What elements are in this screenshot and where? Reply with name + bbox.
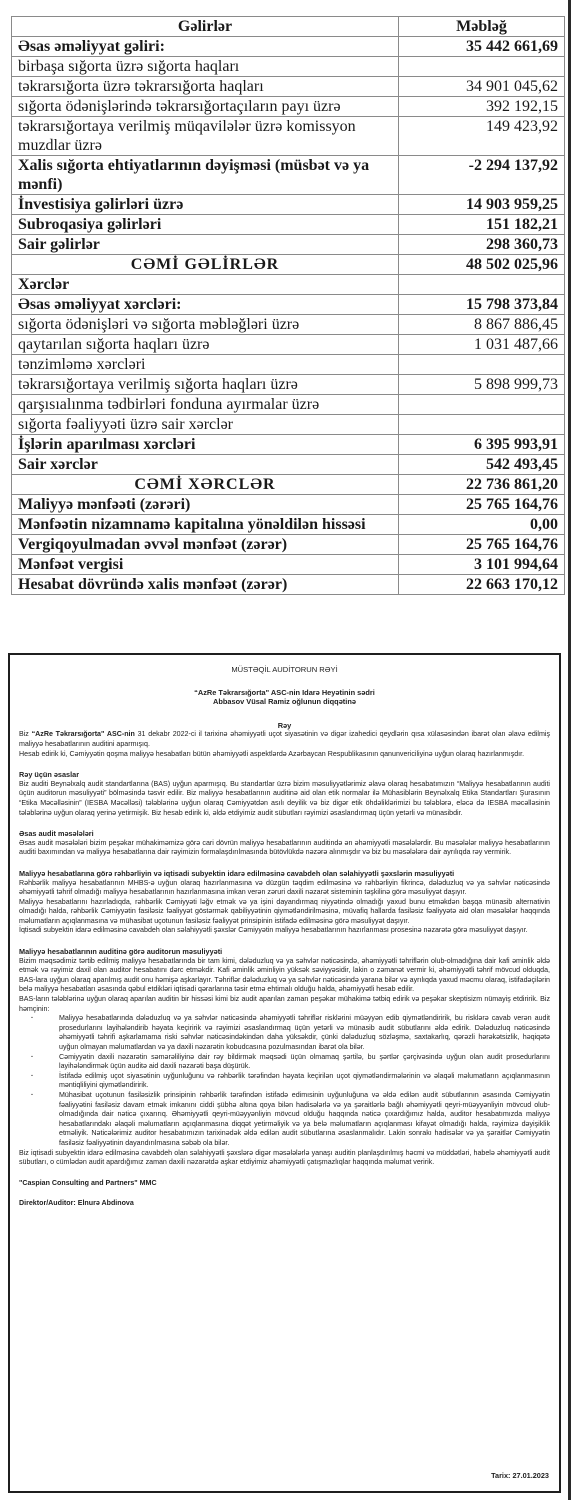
closing-paragraph: Biz iqtisadi subyektin idarə edilməsinə …	[19, 1149, 550, 1168]
table-total-row: CƏMİ GƏLİRLƏR48 502 025,96	[12, 255, 565, 275]
table-row: sığorta ödənişləri və sığorta məbləğləri…	[12, 315, 565, 335]
basis-paragraph: Biz auditi Beynəlxalq audit standartları…	[19, 780, 550, 818]
table-row: Əsas əməliyyat xərcləri:15 798 373,84	[12, 295, 565, 315]
table-total-row: CƏMİ XƏRCLƏR22 736 861,20	[12, 475, 565, 495]
table-header-row: Gəlirlər Məbləğ	[12, 17, 565, 37]
row-amount: 8 867 886,45	[399, 315, 565, 335]
row-label: Əsas əməliyyat xərcləri:	[12, 295, 399, 315]
management-responsibility-heading: Maliyyə hesabatlarına görə rəhbərliyin v…	[19, 869, 550, 879]
row-label: qaytarılan sığorta haqları üzrə	[12, 335, 399, 355]
row-amount	[399, 57, 565, 77]
table-row: Subroqasiya gəlirləri151 182,21	[12, 215, 565, 235]
row-label: təkrarsığortaya verilmiş müqavilələr üzr…	[12, 117, 399, 156]
row-label: Xərclər	[12, 275, 399, 295]
row-label: tənzimləmə xərcləri	[12, 355, 399, 375]
row-amount	[399, 275, 565, 295]
table-row: təkrarsığorta üzrə təkrarsığorta haqları…	[12, 77, 565, 97]
row-label: sığorta ödənişləri və sığorta məbləğləri…	[12, 315, 399, 335]
income-statement-table: Gəlirlər Məbləğ Əsas əməliyyat gəliri:35…	[11, 16, 565, 595]
row-label: sığorta ödənişlərində təkrarsığortaçılar…	[12, 97, 399, 117]
row-amount: 542 493,45	[399, 455, 565, 475]
row-label: Mənfəətin nizamnamə kapitalına yönəldilə…	[12, 515, 399, 535]
list-item: Cəmiyyətin daxili nəzarətin səmərəliliyi…	[59, 1053, 550, 1072]
audit-firm: "Caspian Consulting and Partners" MMC	[19, 1179, 550, 1189]
auditor-report: MÜSTƏQİL AUDİTORUN RƏYİ “AzRe Təkrarsığo…	[8, 653, 561, 1493]
row-amount: 34 901 045,62	[399, 77, 565, 97]
row-amount: -2 294 137,92	[399, 156, 565, 195]
report-title: MÜSTƏQİL AUDİTORUN RƏYİ	[19, 665, 550, 675]
table-row: sığorta ödənişlərində təkrarsığortaçılar…	[12, 97, 565, 117]
auditor-paragraph-2: BAS-ların tələblərinə uyğun olaraq aparı…	[19, 995, 550, 1014]
row-label: Vergiqoyulmadan əvvəl mənfəət (zərər)	[12, 535, 399, 555]
row-amount: 48 502 025,96	[399, 255, 565, 275]
table-row: Maliyyə mənfəəti (zərəri)25 765 164,76	[12, 495, 565, 515]
table-row: Mənfəət vergisi3 101 994,64	[12, 555, 565, 575]
auditor-procedures-list: Maliyyə hesabatlarında dələduzluq və ya …	[19, 1014, 550, 1148]
list-item: Mühasibat uçotunun fasiləsizlik prinsipi…	[59, 1091, 550, 1149]
row-amount: 1 031 487,66	[399, 335, 565, 355]
table-row: Əsas əməliyyat gəliri:35 442 661,69	[12, 37, 565, 57]
row-label: CƏMİ GƏLİRLƏR	[12, 255, 399, 275]
row-amount: 14 903 959,25	[399, 195, 565, 215]
auditor-signature: Direktor/Auditor: Elnurə Abdinova	[19, 1199, 550, 1209]
row-amount: 392 192,15	[399, 97, 565, 117]
table-row: Sair xərclər542 493,45	[12, 455, 565, 475]
list-item: İstifadə edilmiş uçot siyasətinin uyğunl…	[59, 1072, 550, 1091]
row-label: sığorta fəaliyyəti üzrə sair xərclər	[12, 415, 399, 435]
company-name: “AzRe Təkrarsığorta" ASC-nin	[32, 730, 135, 738]
row-label: təkrarsığortaya verilmiş sığorta haqları…	[12, 375, 399, 395]
row-amount: 22 736 861,20	[399, 475, 565, 495]
row-label: təkrarsığorta üzrə təkrarsığorta haqları	[12, 77, 399, 97]
table-row: sığorta fəaliyyəti üzrə sair xərclər	[12, 415, 565, 435]
addressee-line-2: Abbasov Vüsal Ramiz oğlunun diqqətinə	[19, 697, 550, 707]
management-paragraph-2: Maliyyə hesabatlarını hazırladıqda, rəhb…	[19, 898, 550, 927]
row-label: Hesabat dövründə xalis mənfəət (zərər)	[12, 575, 399, 595]
table-row: Hesabat dövründə xalis mənfəət (zərər)22…	[12, 575, 565, 595]
report-date: Tarix: 27.01.2023	[491, 1471, 549, 1481]
row-amount: 15 798 373,84	[399, 295, 565, 315]
row-amount: 298 360,73	[399, 235, 565, 255]
table-row: təkrarsığortaya verilmiş müqavilələr üzr…	[12, 117, 565, 156]
row-amount: 22 663 170,12	[399, 575, 565, 595]
row-amount: 0,00	[399, 515, 565, 535]
row-label: Maliyyə mənfəəti (zərəri)	[12, 495, 399, 515]
row-label: Mənfəət vergisi	[12, 555, 399, 575]
row-label: Subroqasiya gəlirləri	[12, 215, 399, 235]
row-amount: 5 898 999,73	[399, 375, 565, 395]
row-label: birbaşa sığorta üzrə sığorta haqları	[12, 57, 399, 77]
table-row: birbaşa sığorta üzrə sığorta haqları	[12, 57, 565, 77]
row-label: Xalis sığorta ehtiyatlarının dəyişməsi (…	[12, 156, 399, 195]
row-amount	[399, 395, 565, 415]
row-label: İnvestisiya gəlirləri üzrə	[12, 195, 399, 215]
row-amount	[399, 355, 565, 375]
table-row: İşlərin aparılması xərcləri6 395 993,91	[12, 435, 565, 455]
table-row: Xalis sığorta ehtiyatlarının dəyişməsi (…	[12, 156, 565, 195]
table-row: Xərclər	[12, 275, 565, 295]
table-row: Mənfəətin nizamnamə kapitalına yönəldilə…	[12, 515, 565, 535]
row-amount	[399, 415, 565, 435]
row-amount: 25 765 164,76	[399, 495, 565, 515]
opinion-paragraph-2: Hesab edirik ki, Cəmiyyətin qoşma maliyy…	[19, 750, 550, 760]
row-label: İşlərin aparılması xərcləri	[12, 435, 399, 455]
list-item: Maliyyə hesabatlarında dələduzluq və ya …	[59, 1014, 550, 1052]
row-amount: 149 423,92	[399, 117, 565, 156]
income-statement-body: Əsas əməliyyat gəliri:35 442 661,69birba…	[12, 37, 565, 595]
management-paragraph-3: İqtisadi subyektin idarə edilməsinə cava…	[19, 926, 550, 936]
row-amount: 6 395 993,91	[399, 435, 565, 455]
table-row: qaytarılan sığorta haqları üzrə1 031 487…	[12, 335, 565, 355]
table-row: təkrarsığortaya verilmiş sığorta haqları…	[12, 375, 565, 395]
header-amount: Məbləğ	[399, 17, 565, 37]
row-amount: 35 442 661,69	[399, 37, 565, 57]
row-amount: 25 765 164,76	[399, 535, 565, 555]
management-paragraph-1: Rəhbərlik maliyyə hesabatlarının MHBS-ə …	[19, 879, 550, 898]
row-label: Sair xərclər	[12, 455, 399, 475]
key-matters-paragraph: Əsas audit məsələləri bizim peşəkar müha…	[19, 839, 550, 858]
table-row: Sair gəlirlər298 360,73	[12, 235, 565, 255]
row-label: Əsas əməliyyat gəliri:	[12, 37, 399, 57]
row-label: CƏMİ XƏRCLƏR	[12, 475, 399, 495]
addressee-line-1: “AzRe Təkrarsığorta" ASC-nin Idarə Heyət…	[19, 688, 550, 698]
auditor-paragraph-1: Bizim məqsədimiz tərtib edilmiş maliyyə …	[19, 957, 550, 995]
key-matters-heading: Əsas audit məsələləri	[19, 829, 550, 839]
header-income: Gəlirlər	[12, 17, 399, 37]
row-amount: 3 101 994,64	[399, 555, 565, 575]
page-right-border	[568, 0, 571, 1500]
opinion-prefix: Biz	[19, 730, 32, 738]
table-row: qarşısıalınma tədbirləri fonduna ayırmal…	[12, 395, 565, 415]
table-row: Vergiqoyulmadan əvvəl mənfəət (zərər)25 …	[12, 535, 565, 555]
table-row: tənzimləmə xərcləri	[12, 355, 565, 375]
opinion-paragraph-1: Biz “AzRe Təkrarsığorta" ASC-nin 31 deka…	[19, 730, 550, 749]
auditor-responsibility-heading: Maliyyə hesabatlarının auditinə görə aud…	[19, 947, 550, 957]
row-amount: 151 182,21	[399, 215, 565, 235]
row-label: Sair gəlirlər	[12, 235, 399, 255]
basis-heading: Rəy üçün əsaslar	[19, 770, 550, 780]
row-label: qarşısıalınma tədbirləri fonduna ayırmal…	[12, 395, 399, 415]
opinion-heading: Rəy	[19, 721, 550, 731]
table-row: İnvestisiya gəlirləri üzrə14 903 959,25	[12, 195, 565, 215]
